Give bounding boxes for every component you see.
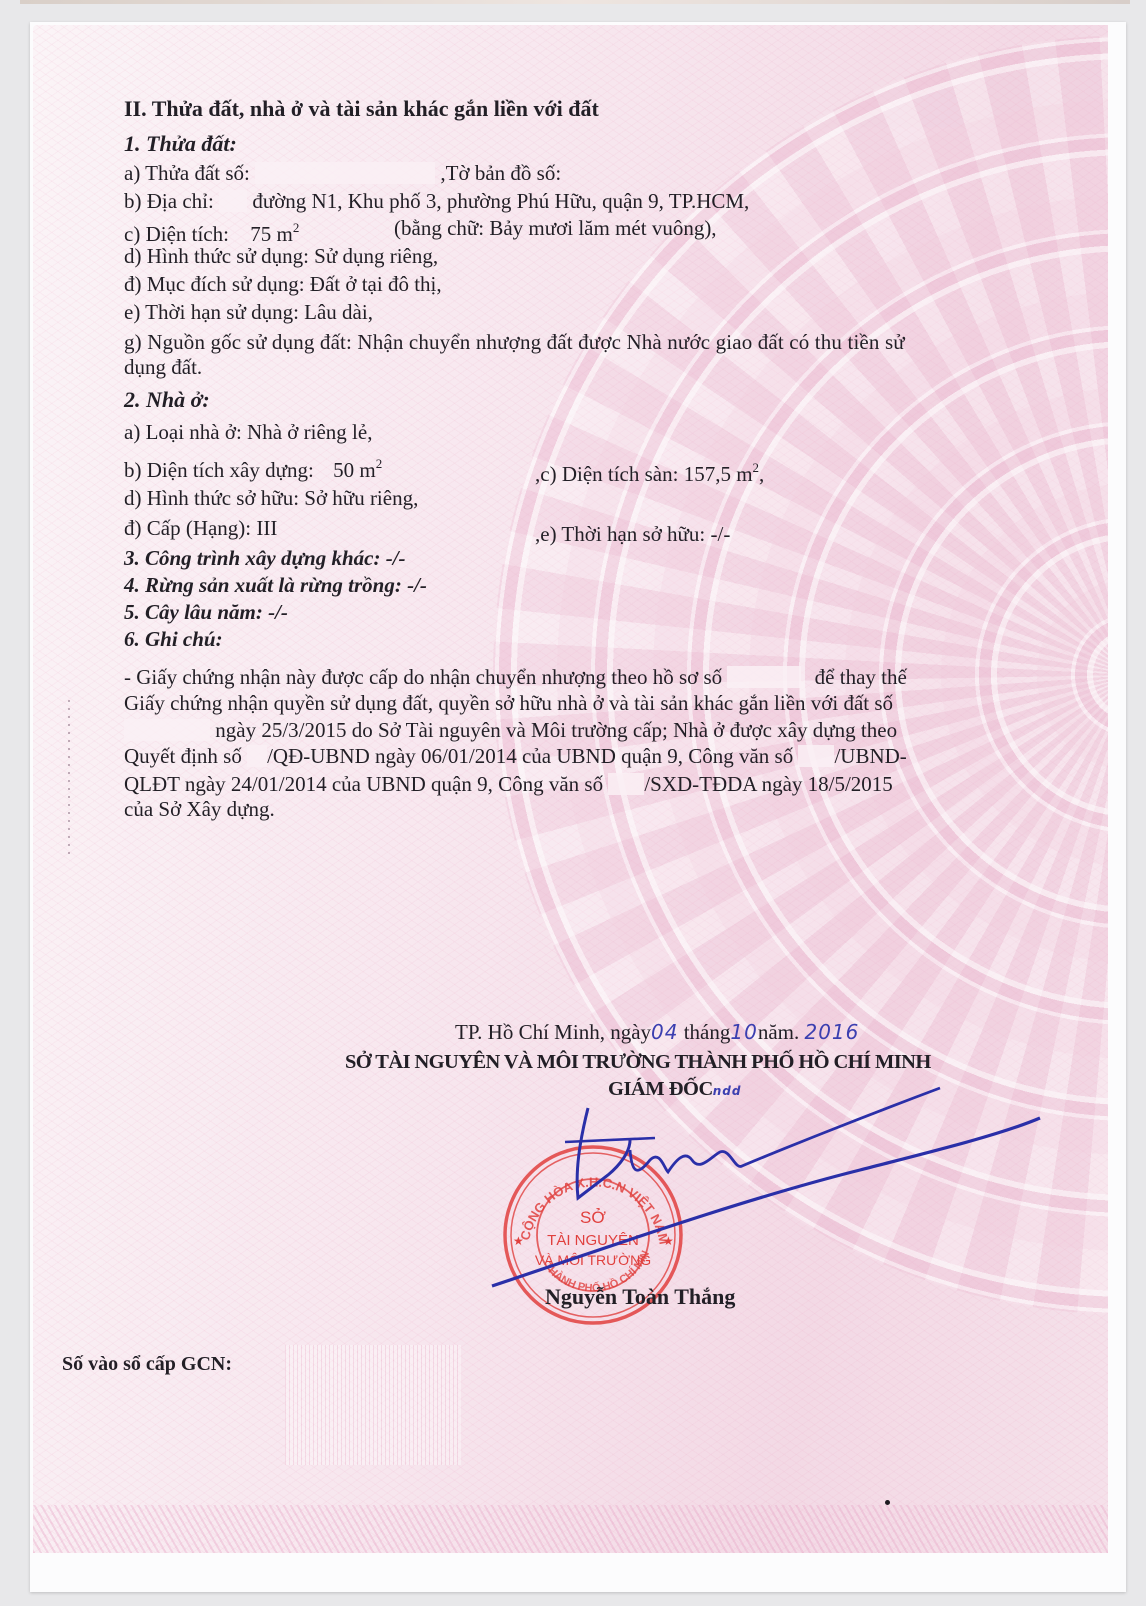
floor-area-field: ,c) Diện tích sàn: 157,5 m2, [535,456,764,486]
parcel-number-label: a) Thửa đất số: [124,161,250,185]
build-area-sup: 2 [376,456,383,471]
land-origin-line1: g) Nguồn gốc sử dụng đất: Nhận chuyển nh… [124,330,905,354]
land-area-value: 75 m [250,222,293,246]
map-sheet-label: ,Tờ bản đồ số: [440,161,561,185]
notes-line-1: - Giấy chứng nhận này được cấp do nhận c… [124,665,907,689]
parcel-number-field: a) Thửa đất số: ,Tờ bản đồ số: [124,161,561,185]
house-grade: đ) Cấp (Hạng): III [124,516,277,540]
old-certificate-number-redacted [124,719,210,741]
production-forest: 4. Rừng sản xuất là rừng trồng: -/- [124,573,427,597]
address-field: b) Địa chỉ: đường N1, Khu phố 3, phường … [124,189,749,213]
handwritten-year: 2016 [804,1020,859,1044]
notes-line-5a: QLĐT ngày 24/01/2014 của UBND quận 9, Cô… [124,772,603,796]
floor-area-tail: , [759,462,764,486]
year-label: năm. [758,1020,799,1044]
notes-line-5: QLĐT ngày 24/01/2014 của UBND quận 9, Cô… [124,772,893,796]
land-area-field: c) Diện tích: 75 m2 (bằng chữ: Bảy mươi … [124,216,299,246]
notes-line-4a: Quyết định số [124,744,242,768]
notes-line-1b: để thay thế [815,665,907,689]
house-heading: 2. Nhà ở: [124,388,210,412]
dispatch-number-2-redacted [608,773,644,795]
notes-line-3: ngày 25/3/2015 do Sở Tài nguyên và Môi t… [124,718,897,742]
build-area-field: b) Diện tích xây dựng: 50 m2 [124,452,382,482]
notes-line-6: của Sở Xây dựng. [124,797,275,821]
land-use-form: d) Hình thức sử dụng: Sử dụng riêng, [124,244,438,268]
notes-line-4: Quyết định số /QĐ-UBND ngày 06/01/2014 c… [124,744,907,768]
floor-area-label: ,c) Diện tích sàn: 157,5 m [535,462,753,486]
ownership-form: d) Hình thức sở hữu: Sở hữu riêng, [124,486,418,510]
build-area-label: b) Diện tích xây dựng: [124,458,314,482]
notes-line-3-text: ngày 25/3/2015 do Sở Tài nguyên và Môi t… [215,718,897,742]
other-construction: 3. Công trình xây dựng khác: -/- [124,546,406,570]
notes-line-2: Giấy chứng nhận quyền sử dụng đất, quyền… [124,691,893,715]
notes-line-4b: /QĐ-UBND ngày 06/01/2014 của UBND quận 9… [267,744,793,768]
house-number-redacted [219,190,247,212]
gcn-register-label: Số vào sổ cấp GCN: [62,1352,232,1376]
land-area-words: (bằng chữ: Bảy mươi lăm mét vuông), [394,216,717,240]
notes-line-1a: - Giấy chứng nhận này được cấp do nhận c… [124,665,722,689]
house-type: a) Loại nhà ở: Nhà ở riêng lẻ, [124,420,372,444]
issuing-authority: SỞ TÀI NGUYÊN VÀ MÔI TRƯỜNG THÀNH PHỐ HỒ… [345,1050,931,1074]
land-use-term: e) Thời hạn sử dụng: Lâu dài, [124,300,373,324]
dispatch-number-redacted [798,745,834,767]
perennial-trees: 5. Cây lâu năm: -/- [124,600,288,624]
parcel-number-redacted [255,162,435,184]
build-area-value: 50 m [333,458,376,482]
handwritten-month: 10 [730,1020,757,1044]
land-area-sup: 2 [293,220,300,235]
notes-heading: 6. Ghi chú: [124,627,223,651]
address-label: b) Địa chỉ: [124,189,214,213]
land-heading: 1. Thửa đất: [124,132,237,156]
signer-name: Nguyễn Toàn Thắng [545,1285,735,1309]
ownership-term: ,e) Thời hạn sở hữu: -/- [535,522,730,546]
certificate-content: II. Thửa đất, nhà ở và tài sản khác gắn … [0,0,1146,1606]
gcn-number-redacted [285,1345,461,1465]
decision-number-redacted [247,745,267,767]
land-use-purpose: đ) Mục đích sử dụng: Đất ở tại đô thị, [124,272,442,296]
handwritten-day: 04 [651,1020,678,1044]
notes-line-5b: /SXD-TĐDA ngày 18/5/2015 [644,772,893,796]
land-origin-line2: dụng đất. [124,355,202,379]
place-date: TP. Hồ Chí Minh, ngày04 tháng10năm. 2016 [455,1020,859,1044]
dossier-number-redacted [727,666,801,688]
place-date-prefix: TP. Hồ Chí Minh, ngày [455,1020,651,1044]
notes-line-4c: /UBND- [834,744,906,768]
address-value: đường N1, Khu phố 3, phường Phú Hữu, quậ… [252,189,749,213]
month-label: tháng [684,1020,731,1044]
land-area-label: c) Diện tích: [124,222,229,246]
section-title: II. Thửa đất, nhà ở và tài sản khác gắn … [124,97,599,121]
ink-speck [885,1500,890,1505]
